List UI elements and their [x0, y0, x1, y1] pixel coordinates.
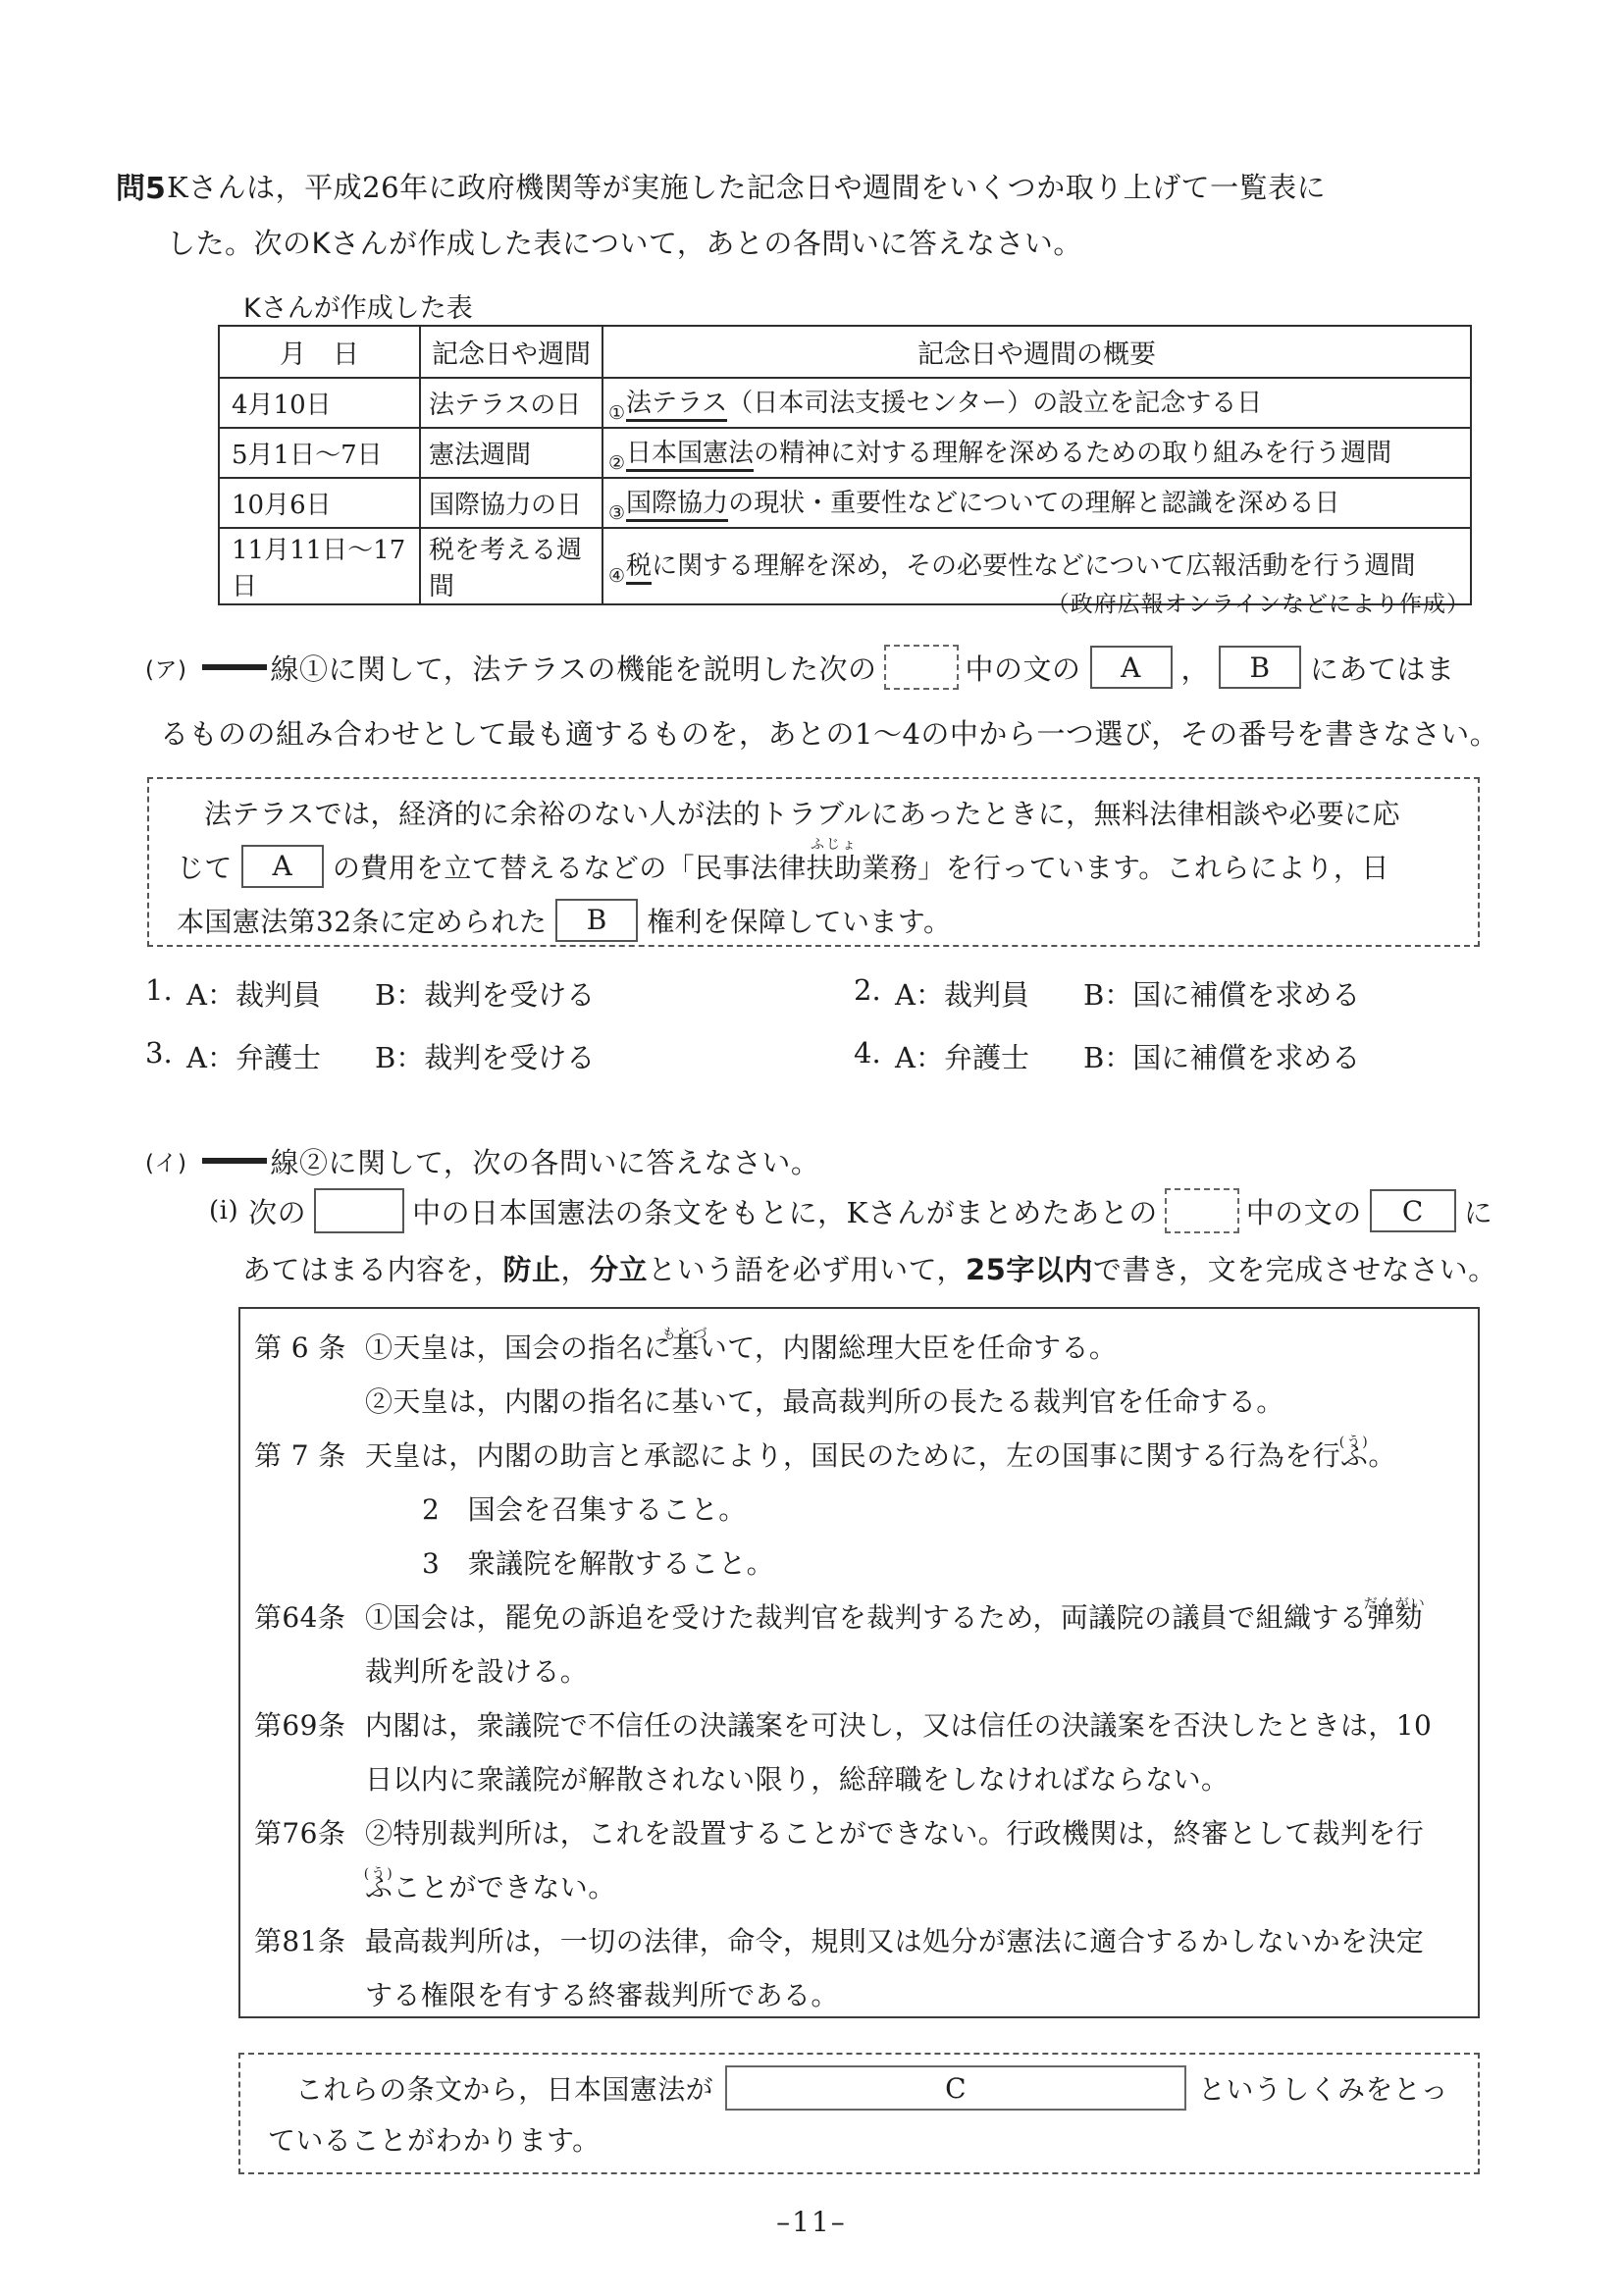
ref-mark-1: ① — [608, 402, 625, 424]
table-source-note: （政府広報オンラインなどにより作成） — [218, 586, 1470, 618]
intro-line-1: Kさんは，平成26年に政府機関等が実施した記念日や週間をいくつか取り上げて一覧表… — [167, 160, 1492, 216]
underlined-term: 法テラス — [626, 389, 727, 422]
article-6-line1: 第 6 条 ①天皇は，国会の指名に基もとづいて，内閣総理大臣を任命する。 — [240, 1321, 1478, 1375]
article-7-item3: 3 衆議院を解散すること。 — [240, 1537, 1478, 1591]
article-6-line2: ②天皇は，内閣の指名に基いて，最高裁判所の長たる裁判官を任命する。 — [240, 1375, 1478, 1429]
blank-box-c-wide: C — [725, 2065, 1186, 2111]
ref-mark-2: ② — [608, 452, 625, 474]
furigana-text: ふじょ — [811, 834, 858, 854]
page-number: –11– — [0, 2206, 1623, 2238]
furigana-word: ふ(う) — [1340, 1429, 1368, 1483]
choice-row: 3. A：弁護士 B：裁判を受ける 4. A：弁護士 B：国に補償を求める — [145, 1036, 1519, 1076]
article-76-line1: 第76条 ②特別裁判所は，これを設置することができない。行政機関は，終審として裁… — [240, 1806, 1478, 1860]
underlined-term: 日本国憲法 — [626, 439, 754, 472]
furigana-word: 基もとづ — [671, 1321, 699, 1375]
table-header-row: 月 日 記念日や週間 記念日や週間の概要 — [219, 326, 1471, 378]
article-81-line1: 第81条 最高裁判所は，一切の法律，命令，規則又は処分が憲法に適合するかしないか… — [240, 1914, 1478, 1968]
choice-1: 1. A：裁判員 B：裁判を受ける — [145, 973, 854, 1014]
dashed-box-reference — [1165, 1188, 1239, 1233]
choice-4: 4. A：弁護士 B：国に補償を求める — [854, 1036, 1360, 1076]
col-header-name: 記念日や週間 — [420, 326, 602, 378]
sub-sub-question-line2: あてはまる内容を，防止，分立という語を必ず用いて，25字以内で書き，文を完成させ… — [242, 1248, 1557, 1288]
table-title: Kさんが作成した表 — [243, 287, 473, 325]
ref-mark-4: ④ — [608, 565, 625, 587]
keyword-boushi: 防止 — [503, 1253, 561, 1286]
choice-2: 2. A：裁判員 B：国に補償を求める — [854, 973, 1360, 1014]
underlined-term: 国際協力 — [626, 489, 728, 522]
passage-line-1: 法テラスでは，経済的に余裕のない人が法的トラブルにあったときに，無料法律相談や必… — [177, 785, 1452, 839]
keyword-limit: 25字以内 — [966, 1253, 1093, 1286]
article-64-line2: 裁判所を設ける。 — [240, 1644, 1478, 1698]
article-69-line1: 第69条 内閣は，衆議院で不信任の決議案を可決し，又は信任の決議案を否決したとき… — [240, 1698, 1478, 1752]
passage-line-3: 本国憲法第32条に定められた B 権利を保障しています。 — [177, 893, 1452, 947]
blank-box-a: A — [1090, 646, 1173, 689]
sub-sub-question-line1: (i) 次の 中の日本国憲法の条文をもとに，Kさんがまとめたあとの 中の文の C… — [209, 1183, 1602, 1238]
sub-sub-question-label: (i) — [209, 1196, 238, 1226]
furigana-word: ふ(う) — [365, 1860, 393, 1914]
blank-box-c: C — [1370, 1189, 1456, 1232]
underline-mark — [202, 664, 267, 670]
article-69-line2: 日以内に衆議院が解散されない限り，総辞職をしなければならない。 — [240, 1752, 1478, 1806]
table-row: 4月10日 法テラスの日 ①法テラス（日本司法支援センター）の設立を記念する日 — [219, 378, 1471, 428]
furigana-word: 扶助ふじょ — [807, 847, 863, 886]
sub-question-a-label: (ア) — [145, 652, 186, 684]
table-reference: Kさんが作成した表 — [312, 227, 563, 260]
table-row: 10月6日 国際協力の日 ③国際協力の現状・重要性などについての理解と認識を深め… — [219, 478, 1471, 528]
passage-box: 法テラスでは，経済的に余裕のない人が法的トラブルにあったときに，無料法律相談や必… — [147, 777, 1480, 947]
conclusion-line-2: ていることがわかります。 — [268, 2115, 1450, 2166]
underline-mark — [202, 1158, 267, 1164]
intro-line-2: した。次のKさんが作成した表について，あとの各問いに答えなさい。 — [167, 216, 1492, 272]
col-header-date: 月 日 — [219, 326, 420, 378]
answer-choices: 1. A：裁判員 B：裁判を受ける 2. A：裁判員 B：国に補償を求める 3.… — [145, 973, 1519, 1099]
dashed-box-reference — [884, 645, 959, 690]
question-intro: Kさんは，平成26年に政府機関等が実施した記念日や週間をいくつか取り上げて一覧表… — [167, 160, 1492, 272]
col-header-desc: 記念日や週間の概要 — [602, 326, 1471, 378]
sub-question-i-line: (イ) 線②に関して，次の各問いに答えなさい。 — [145, 1138, 1519, 1183]
solid-box-reference — [314, 1188, 404, 1233]
blank-box-b: B — [555, 899, 638, 942]
conclusion-box: これらの条文から，日本国憲法が C というしくみをとっ ていることがわかります。 — [238, 2053, 1480, 2174]
question-number: 問5 — [116, 164, 166, 207]
sub-question-a-line2: るものの組み合わせとして最も適するものを，あとの1～4の中から一つ選び，その番号… — [160, 712, 1514, 753]
exam-page: 問5 Kさんは，平成26年に政府機関等が実施した記念日や週間をいくつか取り上げて… — [0, 0, 1623, 2296]
underlined-term: 税 — [626, 551, 652, 585]
table-row: 5月1日～7日 憲法週間 ②日本国憲法の精神に対する理解を深めるための取り組みを… — [219, 428, 1471, 478]
blank-box-a: A — [241, 845, 324, 888]
furigana-word: 弾劾だんがい — [1367, 1591, 1423, 1644]
article-81-line2: する権限を有する終審裁判所である。 — [240, 1968, 1478, 2022]
ref-mark-3: ③ — [608, 502, 625, 524]
sub-question-i-label: (イ) — [145, 1145, 186, 1177]
passage-line-2: じて A の費用を立て替えるなどの「民事法律 扶助ふじょ 業務」を行っています。… — [177, 839, 1452, 893]
article-7-item2: 2 国会を召集すること。 — [240, 1483, 1478, 1537]
article-64-line1: 第64条 ①国会は，罷免の訴追を受けた裁判官を裁判するため，両議院の議員で組織す… — [240, 1591, 1478, 1644]
choice-3: 3. A：弁護士 B：裁判を受ける — [145, 1036, 854, 1076]
choice-row: 1. A：裁判員 B：裁判を受ける 2. A：裁判員 B：国に補償を求める — [145, 973, 1519, 1014]
conclusion-line-1: これらの条文から，日本国憲法が C というしくみをとっ — [268, 2061, 1450, 2115]
keyword-bunritsu: 分立 — [590, 1253, 648, 1286]
commemoration-table: 月 日 記念日や週間 記念日や週間の概要 4月10日 法テラスの日 ①法テラス（… — [218, 325, 1472, 605]
constitution-articles-box: 第 6 条 ①天皇は，国会の指名に基もとづいて，内閣総理大臣を任命する。 ②天皇… — [238, 1307, 1480, 2018]
blank-box-b: B — [1219, 646, 1301, 689]
sub-question-a-line1: (ア) 線①に関して，法テラスの機能を説明した次の 中の文の A ， B にあて… — [145, 640, 1539, 695]
article-7-line1: 第 7 条 天皇は，内閣の助言と承認により，国民のために，左の国事に関する行為を… — [240, 1429, 1478, 1483]
article-76-line2: ふ(う)ことができない。 — [240, 1860, 1478, 1914]
